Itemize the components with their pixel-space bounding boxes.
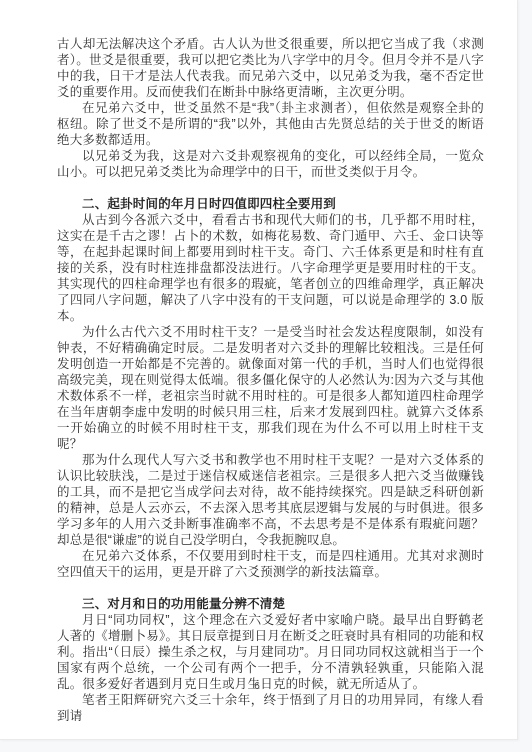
section-heading: 三、对月和日的功用能量分辨不清楚 [57, 596, 484, 612]
paragraph: 为什么古代六爻不用时柱干支？一是受当时社会发达程度限制，如没有钟表，不好精确确定… [57, 324, 484, 452]
paragraph: 月日“同功同权”，这个理念在六爻爱好者中家喻户晓。最早出自野鹤老人著的《增删卜易… [57, 612, 484, 692]
section-heading: 二、起卦时间的年月日时四值即四柱全要用到 [57, 196, 484, 212]
paragraph: 那为什么现代人写六爻书和教学也不用时柱干支呢？一是对六爻体系的认识比较肤浅，二是… [57, 452, 484, 548]
page-text: 古人却无法解决这个矛盾。古人认为世爻很重要，所以把它当成了我（求测者）。世爻是很… [57, 36, 484, 724]
paragraph: 古人却无法解决这个矛盾。古人认为世爻很重要，所以把它当成了我（求测者）。世爻是很… [57, 36, 484, 100]
paragraph: 在兄弟六爻中，世爻虽然不是“我”（卦主求测者），但依然是观察全卦的枢纽。除了世爻… [57, 100, 484, 148]
paragraph: 在兄弟六爻体系，不仅要用到时柱干支，而是四柱通用。尤其对求测时空四值天干的运用，… [57, 548, 484, 580]
paragraph: 从古到今各派六爻中，看看古书和现代大师们的书，几乎都不用时柱，这实在是千古之谬！… [57, 212, 484, 324]
paragraph: 以兄弟爻为我，这是对六爻卦观察视角的变化，可以经纬全局，一览众山小。可以把兄弟爻… [57, 148, 484, 180]
document-page: 古人却无法解决这个矛盾。古人认为世爻很重要，所以把它当成了我（求测者）。世爻是很… [0, 0, 518, 740]
page-number: 6 [57, 681, 457, 692]
paragraph: 笔者王阳辉研究六爻三十余年，终于悟到了月日的功用异同，有缘人看到请 [57, 692, 484, 724]
